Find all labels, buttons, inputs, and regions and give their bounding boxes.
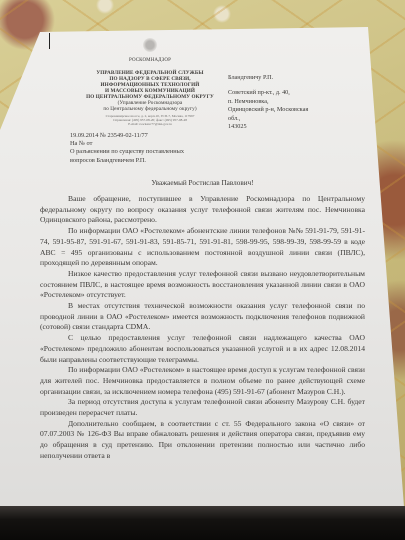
coat-of-arms-icon — [143, 38, 157, 52]
agency-name-block: УПРАВЛЕНИЕ ФЕДЕРАЛЬНОЙ СЛУЖБЫ ПО НАДЗОРУ… — [70, 70, 230, 112]
address-line: Одинцовский р-н, Московская — [228, 106, 308, 115]
recipient-name: Бландгевичу Р.П. — [228, 74, 273, 83]
letter-content: РОСКОМНАДЗОР УПРАВЛЕНИЕ ФЕДЕРАЛЬНОЙ СЛУЖ… — [0, 0, 405, 540]
pen-mark — [49, 33, 50, 49]
address-line: п. Немчиновка, — [228, 98, 308, 107]
recipient-address: Советский пр-кт., д. 40, п. Немчиновка, … — [228, 89, 308, 132]
address-line: Советский пр-кт., д. 40, — [228, 89, 308, 98]
paragraph: Дополнительно сообщаем, в соответствии с… — [40, 419, 365, 462]
agency-paren-line: по Центральному федеральному округу) — [70, 106, 230, 112]
paragraph: В местах отсутствия технической возможно… — [40, 301, 365, 333]
contact-line: E-mail: rsockanc77@rkn.gov.ru — [70, 122, 230, 126]
subject-line: О разъяснении по существу поставленных — [70, 148, 184, 156]
agency-contacts: Старокаширское шоссе, д. 2, корп.10, ГСП… — [70, 114, 230, 126]
subject-line: вопросов Бландгевичем Р.П. — [70, 157, 184, 165]
outgoing-number: 19.09.2014 № 23549-02-11/77 — [70, 132, 184, 140]
greeting: Уважаемый Ростислав Павлович! — [0, 179, 405, 187]
in-reply-to: На № от — [70, 140, 184, 148]
paragraph: Низкое качество предоставления услуг тел… — [40, 269, 365, 301]
agency-short-name: РОСКОМНАДЗОР — [70, 58, 230, 64]
paragraph: За период отсутствия доступа к услугам т… — [40, 397, 365, 418]
reference-block: 19.09.2014 № 23549-02-11/77 На № от О ра… — [70, 132, 184, 165]
address-line: 143025 — [228, 123, 308, 132]
paragraph: По информации ОАО «Ростелеком» в настоящ… — [40, 365, 365, 397]
letter-body: Ваше обращение, поступившее в Управление… — [40, 194, 365, 462]
address-line: обл., — [228, 115, 308, 124]
paragraph: Ваше обращение, поступившее в Управление… — [40, 194, 365, 226]
paragraph: По информации ОАО «Ростелеком» абонентск… — [40, 226, 365, 269]
paragraph: С целью предоставления услуг телефонной … — [40, 333, 365, 365]
